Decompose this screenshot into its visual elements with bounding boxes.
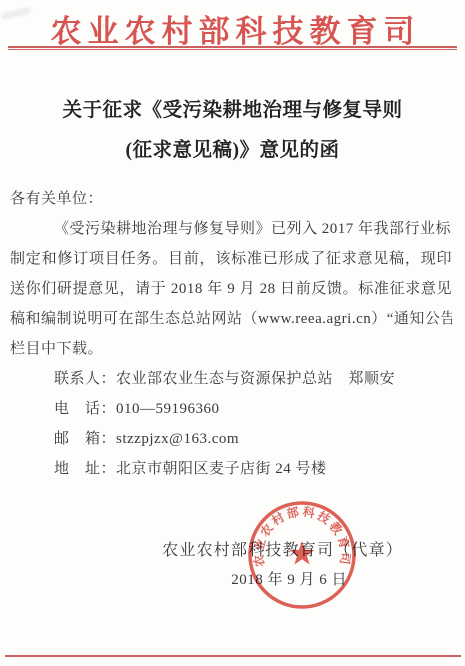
document-title-line1: 关于征求《受污染耕地治理与修复导则 xyxy=(0,91,465,131)
contact-label: 地 址： xyxy=(54,454,116,484)
document-title-line2: (征求意见稿)》意见的函 xyxy=(0,131,465,171)
contact-person-row: 联系人：农业部农业生态与资源保护总站 郑顺安 xyxy=(10,364,452,394)
paragraph-line: 制定和修订项目任务。目前，该标准已形成了征求意见稿，现印 xyxy=(10,244,452,274)
document-page: 农业农村部科技教育司 关于征求《受污染耕地治理与修复导则 (征求意见稿)》意见的… xyxy=(0,0,465,666)
contact-value: 北京市朝阳区麦子店街 24 号楼 xyxy=(116,461,327,477)
contact-label: 联系人： xyxy=(54,364,116,394)
contact-address-row: 地 址：北京市朝阳区麦子店街 24 号楼 xyxy=(10,454,452,484)
letterhead-title: 农业农村部科技教育司 xyxy=(0,6,465,51)
document-title: 关于征求《受污染耕地治理与修复导则 (征求意见稿)》意见的函 xyxy=(0,91,465,171)
contact-label: 邮 箱： xyxy=(54,424,116,454)
paragraph-line: 稿和编制说明可在部生态总站网站（www.reea.agri.cn）“通知公告” xyxy=(10,304,452,334)
contact-phone-row: 电 话：010—59196360 xyxy=(10,394,452,424)
paragraph-line: 《受污染耕地治理与修复导则》已列入 2017 年我部行业标准 xyxy=(10,214,452,244)
contact-value: stzzpjzx@163.com xyxy=(116,431,239,447)
star-icon xyxy=(290,541,315,565)
letterhead-rule xyxy=(8,46,457,50)
contact-value: 农业部农业生态与资源保护总站 郑顺安 xyxy=(116,371,395,387)
salutation: 各有关单位： xyxy=(10,184,452,214)
letter-body: 各有关单位： 《受污染耕地治理与修复导则》已列入 2017 年我部行业标准 制定… xyxy=(10,184,452,484)
contact-value: 010—59196360 xyxy=(116,401,220,417)
official-seal: 农业农村部科技教育司 xyxy=(246,497,358,615)
contact-email-row: 邮 箱：stzzpjzx@163.com xyxy=(10,424,452,454)
paragraph-line: 栏目中下载。 xyxy=(10,334,452,364)
paragraph-line: 送你们研提意见，请于 2018 年 9 月 28 日前反馈。标准征求意见 xyxy=(10,274,452,304)
contact-label: 电 话： xyxy=(54,394,116,424)
bottom-rule xyxy=(5,655,461,657)
